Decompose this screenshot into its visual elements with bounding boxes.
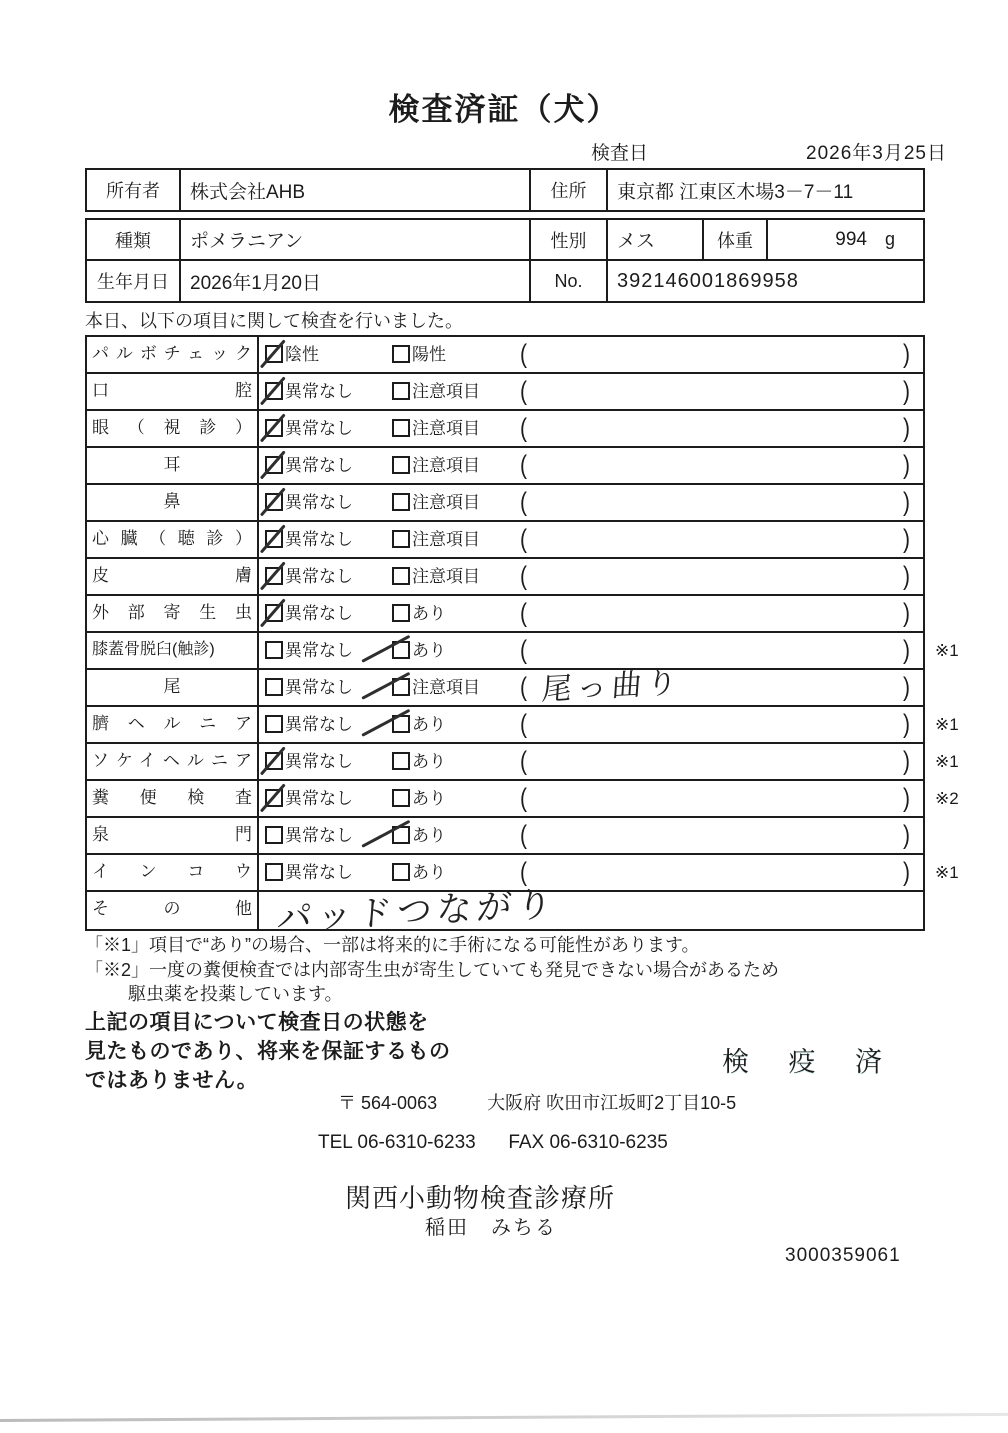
option-2-label: 注意項目 [412,382,480,401]
checklist-row: ソケイヘルニア 異常なし あり ( ) ※1 [87,744,923,781]
address-value: 東京都 江東区木場3－7－11 [608,170,923,210]
item-label: 皮膚 [87,559,259,594]
handwritten-check-mark [260,783,286,812]
paren-open: ( [520,851,527,895]
checkbox [265,345,283,363]
item-label: パルボチェック [87,337,259,372]
option-2: あり [392,744,446,779]
checkbox [265,493,283,511]
footnote-mark: ※1 [935,744,959,779]
no-value: 392146001869958 [608,261,923,301]
option-2: あり [392,781,446,816]
checkbox [265,382,283,400]
option-2-label: あり [412,752,446,771]
checkbox [392,678,410,696]
checklist-row: 眼（視診） 異常なし 注意項目 ( ) [87,411,923,448]
disclaimer-line-1: 上記の項目について検査日の状態を [85,1006,429,1036]
address-label: 住所 [531,170,608,210]
footnote-1: 「※1」項目で“あり”の場合、一部は将来的に手術になる可能性があります。 [85,931,700,957]
checkbox [265,715,283,733]
checkbox [265,530,283,548]
item-label: その他 [87,892,259,929]
checkbox [392,530,410,548]
page-title: 検査済証（犬） [0,84,1008,129]
option-1: 異常なし [265,633,353,668]
checklist-row: 耳 異常なし 注意項目 ( ) [87,448,923,485]
option-2: 注意項目 [392,374,480,409]
option-1-label: 異常なし [285,715,353,734]
item-label: 膝蓋骨脱臼(触診) [87,633,259,668]
footnote-mark: ※1 [935,707,959,742]
option-2: 注意項目 [392,485,480,520]
option-2: 注意項目 [392,448,480,483]
weight-label: 体重 [704,220,768,259]
handwritten-check-mark [361,672,410,700]
option-2-label: あり [412,641,446,660]
footnote-2: 「※2」一度の糞便検査では内部寄生虫が寄生していても発見できない場合があるため [85,956,779,982]
checkbox [392,863,410,881]
handwritten-check-mark [361,820,410,848]
option-2-label: あり [412,715,446,734]
option-1: 陰性 [265,337,319,372]
option-1-label: 異常なし [285,641,353,660]
checklist-row: 口腔 異常なし 注意項目 ( ) [87,374,923,411]
clinic-address: 大阪府 吹田市江坂町2丁目10-5 [487,1093,736,1113]
checkbox [392,789,410,807]
checkbox [265,641,283,659]
handwritten-check-mark [260,450,286,479]
checklist-row: 臍ヘルニア 異常なし あり ( ) ※1 [87,707,923,744]
option-2-label: 陽性 [412,345,446,364]
handwritten-check-mark [260,598,286,627]
owner-table: 所有者 株式会社AHB 住所 東京都 江東区木場3－7－11 [85,168,925,212]
disclaimer-line-3: ではありません。 [85,1064,258,1094]
option-1: 異常なし [265,374,353,409]
weight-value: 994 g [768,220,923,259]
option-1-label: 異常なし [285,419,353,438]
option-2-label: あり [412,863,446,882]
checklist-row: 皮膚 異常なし 注意項目 ( ) [87,559,923,596]
option-2-label: 注意項目 [412,456,480,475]
pet-table: 種類 ポメラニアン 性別 メス 体重 994 g 生年月日 2026年1月20日… [85,218,925,303]
owner-row: 所有者 株式会社AHB 住所 東京都 江東区木場3－7－11 [87,170,923,210]
postal-mark: 〒 [338,1093,356,1113]
option-1: 異常なし [265,448,353,483]
inspection-date-label: 検査日 [591,138,648,165]
checklist-row: その他 [87,892,923,929]
item-label: インコウ [87,855,259,890]
checklist-row: 糞便検査 異常なし あり ( ) ※2 [87,781,923,818]
checkbox [265,678,283,696]
option-2: あり [392,855,446,890]
option-2: あり [392,707,446,742]
checklist-row: 泉門 異常なし あり ( ) [87,818,923,855]
option-1: 異常なし [265,670,353,705]
checkbox [265,419,283,437]
checkbox [392,715,410,733]
item-label: 耳 [87,448,259,483]
option-1: 異常なし [265,559,353,594]
option-2-label: 注意項目 [412,678,480,697]
option-1: 異常なし [265,818,353,853]
checkbox [392,826,410,844]
clinic-postal-line: 〒 564-0063 大阪府 吹田市江坂町2丁目10-5 [338,1089,736,1115]
no-label: No. [531,261,608,301]
sex-value: メス [608,220,704,259]
document-serial-number: 3000359061 [785,1245,901,1267]
option-2: あり [392,596,446,631]
owner-label: 所有者 [87,170,181,210]
checkbox [392,567,410,585]
handwritten-check-mark [260,524,286,553]
checkbox [265,604,283,622]
checklist-row: 鼻 異常なし 注意項目 ( ) [87,485,923,522]
option-1: 異常なし [265,744,353,779]
option-2-label: あり [412,789,446,808]
option-1-label: 異常なし [285,826,353,845]
option-1: 異常なし [265,855,353,890]
checklist-row: 外部寄生虫 異常なし あり ( ) [87,596,923,633]
item-label: 心臓（聴診） [87,522,259,557]
checkbox [265,567,283,585]
item-label: ソケイヘルニア [87,744,259,779]
weight-unit: g [885,229,895,250]
checkbox [392,345,410,363]
checklist-row: 膝蓋骨脱臼(触診) 異常なし あり ( ) ※1 [87,633,923,670]
option-1-label: 異常なし [285,678,353,697]
handwritten-check-mark [260,746,286,775]
weight-number: 994 [835,229,867,251]
checkbox [392,382,410,400]
clinic-tel: TEL 06-6310-6233 [318,1132,476,1153]
option-1: 異常なし [265,411,353,446]
checkbox [392,419,410,437]
option-1-label: 陰性 [285,345,319,364]
checkbox [265,826,283,844]
option-1-label: 異常なし [285,382,353,401]
item-label: 外部寄生虫 [87,596,259,631]
option-1: 異常なし [265,707,353,742]
footnote-mark: ※1 [935,633,959,668]
footnote-2-continued: 駆虫薬を投薬しています。 [128,980,343,1006]
paren-close: ) [903,851,910,895]
handwritten-check-mark [260,487,286,516]
option-1-label: 異常なし [285,752,353,771]
option-1: 異常なし [265,522,353,557]
checkbox [392,456,410,474]
handwritten-check-mark [361,709,410,737]
option-2-label: 注意項目 [412,530,480,549]
clinic-name: 関西小動物検査診療所 [345,1178,615,1215]
option-1: 異常なし [265,596,353,631]
option-2: 注意項目 [392,411,480,446]
item-label: 泉門 [87,818,259,853]
pet-row-2: 生年月日 2026年1月20日 No. 392146001869958 [87,261,923,301]
option-1-label: 異常なし [285,567,353,586]
checklist-row: インコウ 異常なし あり ( ) ※1 [87,855,923,892]
item-label: 口腔 [87,374,259,409]
checklist-row: 心臓（聴診） 異常なし 注意項目 ( ) [87,522,923,559]
option-2-label: 注意項目 [412,419,480,438]
checkbox [265,863,283,881]
option-2: 注意項目 [392,559,480,594]
option-2: 注意項目 [392,522,480,557]
handwritten-check-mark [260,413,286,442]
handwritten-check-mark [260,339,286,368]
option-1-label: 異常なし [285,493,353,512]
postal-code: 564-0063 [361,1093,437,1113]
footnote-mark: ※1 [935,855,959,890]
handwritten-check-mark [361,635,410,663]
option-2: あり [392,818,446,853]
checklist-table: 尾っ曲り パッドつながり パルボチェック 陰性 陽性 ( ) 口腔 異常なし 注… [85,335,925,931]
option-1-label: 異常なし [285,456,353,475]
option-2: あり [392,633,446,668]
item-label: 眼（視診） [87,411,259,446]
option-1-label: 異常なし [285,789,353,808]
birth-value: 2026年1月20日 [181,261,531,301]
owner-value: 株式会社AHB [181,170,531,210]
intro-text: 本日、以下の項目に関して検査を行いました。 [85,307,463,333]
item-label: 鼻 [87,485,259,520]
quarantine-stamp: 検 疫 済 [722,1040,898,1079]
birth-label: 生年月日 [87,261,181,301]
option-2-label: 注意項目 [412,493,480,512]
option-1-label: 異常なし [285,863,353,882]
option-2-label: あり [412,826,446,845]
item-label: 臍ヘルニア [87,707,259,742]
checkbox [392,493,410,511]
checklist-row: パルボチェック 陰性 陽性 ( ) [87,337,923,374]
item-label: 尾 [87,670,259,705]
checkbox [392,641,410,659]
option-2: 注意項目 [392,670,480,705]
disclaimer-line-2: 見たものであり、将来を保証するもの [85,1035,451,1065]
footnote-mark: ※2 [935,781,959,816]
scan-artifact-line [0,1413,1008,1422]
veterinarian-name: 稲田 みちる [425,1211,557,1240]
breed-label: 種類 [87,220,181,259]
option-2: 陽性 [392,337,446,372]
handwritten-check-mark [260,561,286,590]
checkbox [265,456,283,474]
checkbox [392,604,410,622]
item-label: 糞便検査 [87,781,259,816]
option-2-label: あり [412,604,446,623]
option-1-label: 異常なし [285,530,353,549]
clinic-fax: FAX 06-6310-6235 [508,1132,668,1153]
sex-label: 性別 [531,220,608,259]
option-1-label: 異常なし [285,604,353,623]
option-2-label: 注意項目 [412,567,480,586]
inspection-date-value: 2026年3月25日 [806,138,947,165]
handwritten-check-mark [260,376,286,405]
option-1: 異常なし [265,485,353,520]
checkbox [265,789,283,807]
checkbox [392,752,410,770]
clinic-tel-line: TEL 06-6310-6233 FAX 06-6310-6235 [318,1132,668,1154]
checklist-row: 尾 異常なし 注意項目 ( ) [87,670,923,707]
pet-row-1: 種類 ポメラニアン 性別 メス 体重 994 g [87,220,923,261]
checkbox [265,752,283,770]
breed-value: ポメラニアン [181,220,531,259]
option-1: 異常なし [265,781,353,816]
